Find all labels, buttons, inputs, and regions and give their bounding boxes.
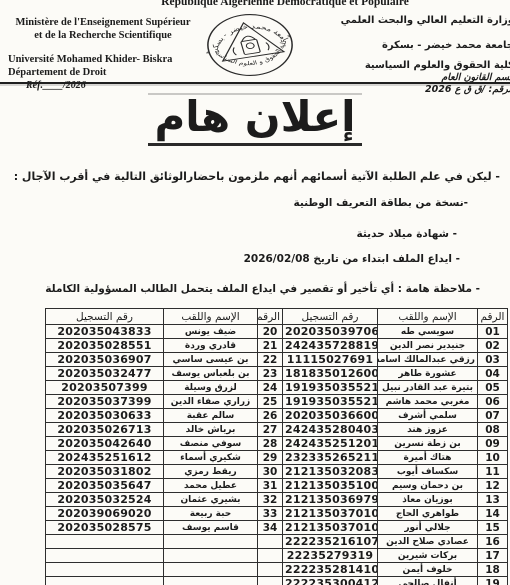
seal-bottom-text: كلية الحقوق و العلوم السياسية bbox=[211, 38, 294, 73]
table-row: 14 طواهري الحاج 212135037010 33 حبة ربيع… bbox=[46, 507, 508, 521]
table-row: 17 بركات شيرين 22235279319 bbox=[46, 549, 508, 563]
student-name-left: سوفي منصف bbox=[164, 437, 258, 451]
row-number-right: 14 bbox=[478, 507, 508, 521]
row-number-right: 13 bbox=[478, 493, 508, 507]
student-name-right: بركات شيرين bbox=[378, 549, 478, 563]
registration-number-left: 202035037399 bbox=[46, 395, 164, 409]
row-number-left: 22 bbox=[258, 353, 283, 367]
student-name-left: بشيري عثمان bbox=[164, 493, 258, 507]
registration-number-right: 191935035521 bbox=[283, 395, 378, 409]
header-name-left: الإسم واللقب bbox=[164, 309, 258, 325]
registration-number-left: 202039069020 bbox=[46, 507, 164, 521]
row-number-right: 05 bbox=[478, 381, 508, 395]
row-number-left: 30 bbox=[258, 465, 283, 479]
registration-number-right: 242435251201 bbox=[283, 437, 378, 451]
student-name-left: زراري صفاء الدين bbox=[164, 395, 258, 409]
registration-number-left: 202035043833 bbox=[46, 325, 164, 339]
row-number-right: 18 bbox=[478, 563, 508, 577]
row-number-left: 26 bbox=[258, 409, 283, 423]
row-number-left bbox=[258, 563, 283, 577]
row-number-left: 27 bbox=[258, 423, 283, 437]
student-name-left bbox=[164, 563, 258, 577]
student-name-left: برياش خالد bbox=[164, 423, 258, 437]
row-number-left: 24 bbox=[258, 381, 283, 395]
registration-number-left: 20203507399 bbox=[46, 381, 164, 395]
row-number-right: 02 bbox=[478, 339, 508, 353]
registration-number-left bbox=[46, 535, 164, 549]
registration-number-right: 212135037010 bbox=[283, 521, 378, 535]
student-name-left: شكيري أسماء bbox=[164, 451, 258, 465]
registration-number-left: 202035032524 bbox=[46, 493, 164, 507]
student-name-left: قادري وردة bbox=[164, 339, 258, 353]
page-title: إعلان هام bbox=[148, 93, 361, 146]
header-number-left: الرقم bbox=[258, 309, 283, 325]
seal-emblem-body bbox=[241, 39, 261, 54]
required-document-item: - شهادة ميلاد حديثة bbox=[357, 228, 458, 240]
student-name-right: عشورة طاهر bbox=[378, 367, 478, 381]
registration-number-left bbox=[46, 563, 164, 577]
student-name-left: قاسم يوسف bbox=[164, 521, 258, 535]
registration-number-left: 202035042640 bbox=[46, 437, 164, 451]
registration-number-right: 212135037010 bbox=[283, 507, 378, 521]
row-number-left bbox=[258, 535, 283, 549]
student-name-left: بن بلعباس يوسف bbox=[164, 367, 258, 381]
registration-number-left: 202035036907 bbox=[46, 353, 164, 367]
registration-number-left: 202435251612 bbox=[46, 451, 164, 465]
student-name-left bbox=[164, 535, 258, 549]
table-row: 15 جلالي أنور 212135037010 34 قاسم يوسف … bbox=[46, 521, 508, 535]
table-row: 02 جنيدير نصر الدين 242435728819 21 قادر… bbox=[46, 339, 508, 353]
registration-number-right: 212135035100 bbox=[283, 479, 378, 493]
university-seal: جامعة محمد خيضر - بسكرة كلية الحقوق و ال… bbox=[196, 6, 304, 84]
row-number-left: 31 bbox=[258, 479, 283, 493]
table-row: 04 عشورة طاهر 181835012600 23 بن بلعباس … bbox=[46, 367, 508, 381]
registration-number-right: 212135036979 bbox=[283, 493, 378, 507]
table-row: 03 رزقي عبدالمالك اسامة 11115027691 22 ب… bbox=[46, 353, 508, 367]
seal-right-crescent bbox=[266, 42, 270, 50]
registration-number-right: 11115027691 bbox=[283, 353, 378, 367]
header-name-right: الإسم واللقب bbox=[378, 309, 478, 325]
student-name-left: ريقط رمزي bbox=[164, 465, 258, 479]
registration-number-right: 202035036600 bbox=[283, 409, 378, 423]
page-title-wrap: إعلان هام bbox=[0, 93, 510, 146]
registration-number-left: 202035030633 bbox=[46, 409, 164, 423]
header-registration-left: رقم التسجيل bbox=[46, 309, 164, 325]
table-row: 13 بوزيان معاذ 212135036979 32 بشيري عثم… bbox=[46, 493, 508, 507]
student-name-right: عزوز هند bbox=[378, 423, 478, 437]
ministry-fr-line1: Ministère de l'Enseignement Supérieur bbox=[8, 16, 198, 29]
student-name-right: هتاك أميرة bbox=[378, 451, 478, 465]
student-name-left bbox=[164, 549, 258, 563]
required-document-item: -نسخة من بطاقة التعريف الوطنية bbox=[293, 197, 468, 209]
table-row: 12 بن دحمان وسيم 212135035100 31 عطيل مح… bbox=[46, 479, 508, 493]
important-note-item: - ملاحظة هامة : أي تأخير أو تقصير في ايد… bbox=[45, 283, 480, 295]
table-row: 08 عزوز هند 242435280403 27 برياش خالد 2… bbox=[46, 423, 508, 437]
student-name-right: جلالي أنور bbox=[378, 521, 478, 535]
table-row: 07 سلمي أشرف 202035036600 26 سالم عقبة 2… bbox=[46, 409, 508, 423]
registration-number-right: 232335265211 bbox=[283, 451, 378, 465]
table-row: 16 عصادي صلاح الدين 222235216107 bbox=[46, 535, 508, 549]
registration-number-right: 202035039706 bbox=[283, 325, 378, 339]
student-table-body: 01 سويسي طه 202035039706 20 ضيف يونس 202… bbox=[46, 325, 508, 585]
student-name-right: سويسي طه bbox=[378, 325, 478, 339]
registration-number-right: 222235281410 bbox=[283, 563, 378, 577]
registration-number-right: 242435728819 bbox=[283, 339, 378, 353]
student-name-right: بوزيان معاذ bbox=[378, 493, 478, 507]
registration-number-right: 222235300412 bbox=[283, 577, 378, 585]
registration-number-left: 202035032477 bbox=[46, 367, 164, 381]
student-name-right: طواهري الحاج bbox=[378, 507, 478, 521]
university-fr: Université Mohamed Khider- Biskra bbox=[8, 53, 198, 66]
intro-text: - ليكن في علم الطلبة الآتية أسمائهم أنهم… bbox=[10, 170, 500, 183]
student-name-right: مغربي محمد هاشم bbox=[378, 395, 478, 409]
student-name-right: سلمي أشرف bbox=[378, 409, 478, 423]
row-number-right: 09 bbox=[478, 437, 508, 451]
student-name-right: خلوف أيمن bbox=[378, 563, 478, 577]
seal-left-crescent bbox=[232, 47, 236, 55]
row-number-right: 03 bbox=[478, 353, 508, 367]
student-name-left: سالم عقبة bbox=[164, 409, 258, 423]
row-number-right: 06 bbox=[478, 395, 508, 409]
header-registration-right: رقم التسجيل bbox=[283, 309, 378, 325]
table-row: 05 بتيرة عبد القادر نبيل 191935035521 24… bbox=[46, 381, 508, 395]
seal-emblem-circle bbox=[246, 42, 255, 49]
row-number-right: 17 bbox=[478, 549, 508, 563]
ministry-ar: وزارة التعليم العالي والبحث العلمي bbox=[334, 14, 510, 27]
table-row: 09 بن زطة نسرين 242435251201 28 سوفي منص… bbox=[46, 437, 508, 451]
row-number-right: 01 bbox=[478, 325, 508, 339]
student-name-right: بن زطة نسرين bbox=[378, 437, 478, 451]
row-number-left: 34 bbox=[258, 521, 283, 535]
table-row: 10 هتاك أميرة 232335265211 29 شكيري أسما… bbox=[46, 451, 508, 465]
scanned-announcement-document: République Algérienne Démocratique et Po… bbox=[0, 0, 510, 585]
student-name-left: بن عيسى ساسي bbox=[164, 353, 258, 367]
row-number-left bbox=[258, 549, 283, 563]
row-number-left: 32 bbox=[258, 493, 283, 507]
row-number-left: 28 bbox=[258, 437, 283, 451]
students-table: الرقم الإسم واللقب رقم التسجيل الرقم الإ… bbox=[45, 308, 508, 585]
student-name-left bbox=[164, 577, 258, 585]
registration-number-left bbox=[46, 577, 164, 585]
student-name-right: أنفال صالحي bbox=[378, 577, 478, 585]
registration-number-left: 202035028551 bbox=[46, 339, 164, 353]
row-number-left: 29 bbox=[258, 451, 283, 465]
table-row: 01 سويسي طه 202035039706 20 ضيف يونس 202… bbox=[46, 325, 508, 339]
registration-number-right: 181835012600 bbox=[283, 367, 378, 381]
registration-number-right: 191935035521 bbox=[283, 381, 378, 395]
student-name-right: سكساف أيوب bbox=[378, 465, 478, 479]
row-number-left: 25 bbox=[258, 395, 283, 409]
row-number-left: 33 bbox=[258, 507, 283, 521]
row-number-left: 20 bbox=[258, 325, 283, 339]
registration-number-left: 202035031802 bbox=[46, 465, 164, 479]
department-fr: Département de Droit bbox=[8, 66, 198, 79]
ministry-fr-line2: et de la Recherche Scientifique bbox=[8, 29, 198, 42]
table-row: 11 سكساف أيوب 212135032083 30 ريقط رمزي … bbox=[46, 465, 508, 479]
row-number-right: 11 bbox=[478, 465, 508, 479]
table-header-row: الرقم الإسم واللقب رقم التسجيل الرقم الإ… bbox=[46, 309, 508, 325]
table-row: 18 خلوف أيمن 222235281410 bbox=[46, 563, 508, 577]
row-number-right: 16 bbox=[478, 535, 508, 549]
header-french-block: Ministère de l'Enseignement Supérieur et… bbox=[8, 16, 198, 92]
registration-number-right: 212135032083 bbox=[283, 465, 378, 479]
registration-number-right: 22235279319 bbox=[283, 549, 378, 563]
table-row: 06 مغربي محمد هاشم 191935035521 25 زراري… bbox=[46, 395, 508, 409]
student-name-right: جنيدير نصر الدين bbox=[378, 339, 478, 353]
registration-number-left: 202035035647 bbox=[46, 479, 164, 493]
student-name-right: عصادي صلاح الدين bbox=[378, 535, 478, 549]
student-name-right: بتيرة عبد القادر نبيل bbox=[378, 381, 478, 395]
row-number-right: 04 bbox=[478, 367, 508, 381]
student-name-left: ضيف يونس bbox=[164, 325, 258, 339]
row-number-left bbox=[258, 577, 283, 585]
student-name-left: حبة ربيعة bbox=[164, 507, 258, 521]
registration-number-left: 202035028575 bbox=[46, 521, 164, 535]
row-number-right: 10 bbox=[478, 451, 508, 465]
student-name-right: بن دحمان وسيم bbox=[378, 479, 478, 493]
row-number-right: 12 bbox=[478, 479, 508, 493]
row-number-left: 21 bbox=[258, 339, 283, 353]
row-number-right: 19 bbox=[478, 577, 508, 585]
header-divider bbox=[0, 82, 510, 84]
row-number-right: 07 bbox=[478, 409, 508, 423]
seal-right-star: * bbox=[287, 34, 293, 41]
registration-number-left: 202035026713 bbox=[46, 423, 164, 437]
faculty-ar: كلية الحقوق والعلوم السياسية bbox=[334, 59, 510, 72]
registration-number-right: 242435280403 bbox=[283, 423, 378, 437]
deposit-date-item: - ايداع الملف ابتداء من تاريخ 2026/02/08 bbox=[244, 253, 460, 265]
student-name-left: عطيل محمد bbox=[164, 479, 258, 493]
registration-number-left bbox=[46, 549, 164, 563]
student-name-left: لزرق وسيلة bbox=[164, 381, 258, 395]
table-row: 19 أنفال صالحي 222235300412 bbox=[46, 577, 508, 585]
registration-number-right: 222235216107 bbox=[283, 535, 378, 549]
student-name-right: رزقي عبدالمالك اسامة bbox=[378, 353, 478, 367]
row-number-left: 23 bbox=[258, 367, 283, 381]
row-number-right: 15 bbox=[478, 521, 508, 535]
header-number-right: الرقم bbox=[478, 309, 508, 325]
row-number-right: 08 bbox=[478, 423, 508, 437]
university-ar: جامعة محمد خيضر - بسكرة bbox=[334, 39, 510, 52]
